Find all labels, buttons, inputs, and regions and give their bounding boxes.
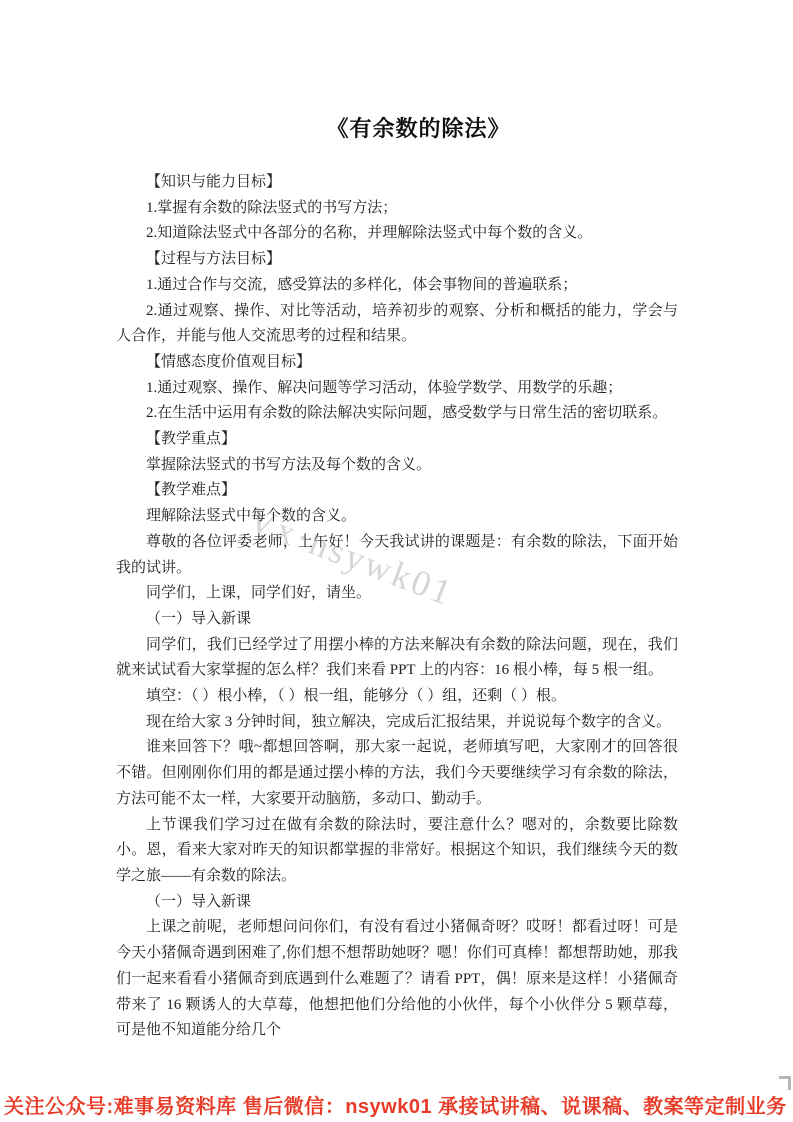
paragraph: 【教学重点】 [116,427,678,453]
paragraph: 同学们，上课，同学们好，请坐。 [116,581,678,607]
promo-footer: 关注公众号:难事易资料库 售后微信：nsywk01 承接试讲稿、说课稿、教案等定… [4,1090,793,1119]
document-title: 《有余数的除法》 [0,112,793,143]
paragraph: 【过程与方法目标】 [116,247,678,273]
paragraph: 2.知道除法竖式中各部分的名称，并理解除法竖式中每个数的含义。 [116,221,678,247]
paragraph: 现在给大家 3 分钟时间，独立解决，完成后汇报结果，并说说每个数字的含义。 [116,710,678,736]
paragraph: 2.通过观察、操作、对比等活动，培养初步的观察、分析和概括的能力，学会与人合作，… [116,299,678,350]
paragraph: 同学们，我们已经学过了用摆小棒的方法来解决有余数的除法问题，现在，我们就来试试看… [116,633,678,684]
paragraph: 【教学难点】 [116,478,678,504]
document-page: 《有余数的除法》 Vx·nsywk01 【知识与能力目标】1.掌握有余数的除法竖… [0,0,793,1122]
paragraph: 【知识与能力目标】 [116,170,678,196]
paragraph: 1.通过合作与交流，感受算法的多样化，体会事物间的普遍联系； [116,273,678,299]
paragraph: 上课之前呢，老师想问问你们，有没有看过小猪佩奇呀？哎呀！都看过呀！可是今天小猪佩… [116,915,678,1044]
paragraph: 掌握除法竖式的书写方法及每个数的含义。 [116,453,678,479]
edge-artifact [779,1076,791,1090]
paragraph: 理解除法竖式中每个数的含义。 [116,504,678,530]
paragraph: 上节课我们学习过在做有余数的除法时，要注意什么？嗯对的，余数要比除数小。恩，看来… [116,813,678,890]
paragraph: 填空：（ ）根小棒，（ ）根一组，能够分（ ）组，还剩（ ）根。 [116,684,678,710]
paragraph: 尊敬的各位评委老师，上午好！今天我试讲的课题是：有余数的除法，下面开始我的试讲。 [116,530,678,581]
paragraph: 2.在生活中运用有余数的除法解决实际问题，感受数学与日常生活的密切联系。 [116,401,678,427]
paragraph: 【情感态度价值观目标】 [116,350,678,376]
document-body: 【知识与能力目标】1.掌握有余数的除法竖式的书写方法；2.知道除法竖式中各部分的… [116,170,678,1044]
paragraph: 1.通过观察、操作、解决问题等学习活动，体验学数学、用数学的乐趣； [116,376,678,402]
paragraph: （一）导入新课 [116,607,678,633]
paragraph: 谁来回答下？哦~都想回答啊，那大家一起说，老师填写吧，大家刚才的回答很不错。但刚… [116,735,678,812]
paragraph: （一）导入新课 [116,890,678,916]
paragraph: 1.掌握有余数的除法竖式的书写方法； [116,196,678,222]
